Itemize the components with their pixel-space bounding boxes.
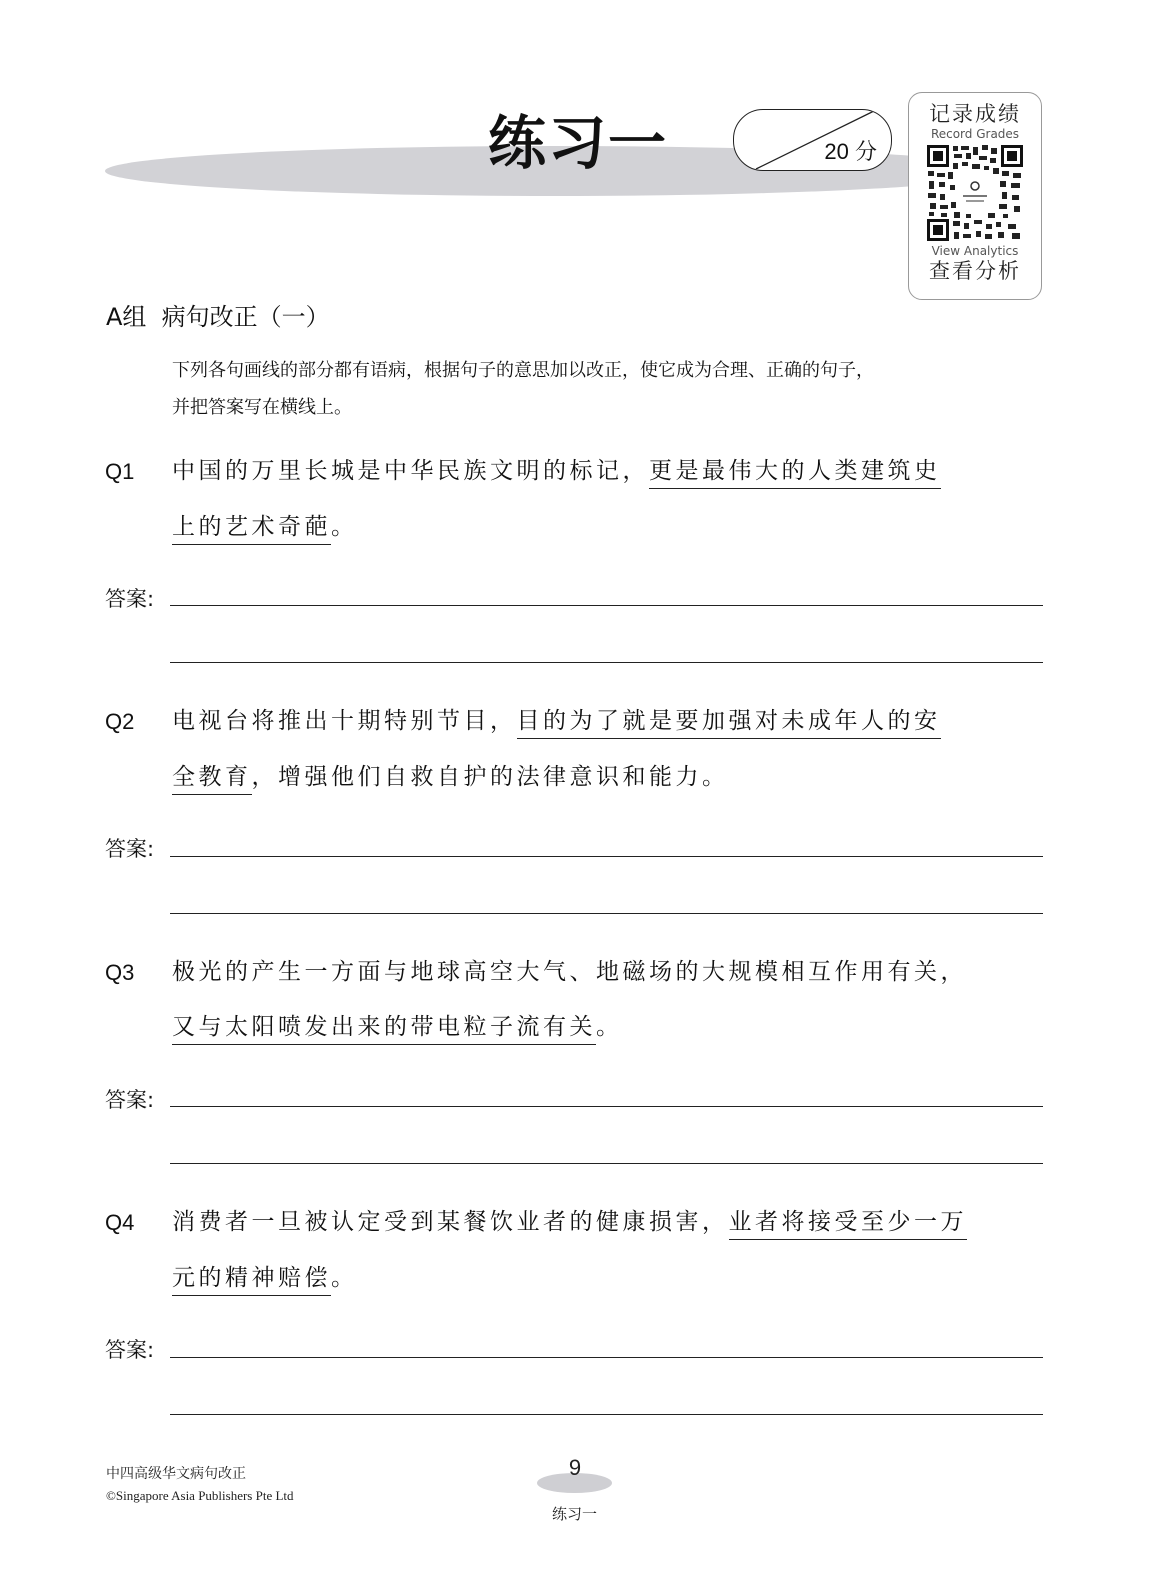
answer-line[interactable] <box>170 1414 1043 1415</box>
question-text: 。 <box>331 514 358 540</box>
question-line-2: 上的艺术奇葩。 <box>172 512 358 542</box>
instruction-line: 并把答案写在横线上。 <box>172 389 1052 426</box>
answer-label: 答案: <box>105 1084 154 1114</box>
question-line-2: 元的精神赔偿。 <box>172 1263 358 1293</box>
question-text: 电视台将推出十期特别节目， <box>172 708 517 734</box>
answer-line[interactable] <box>170 1357 1043 1358</box>
underlined-error: 元的精神赔偿 <box>172 1265 331 1296</box>
page-section-label: 练习一 <box>552 1503 597 1524</box>
instruction-line: 下列各句画线的部分都有语病，根据句子的意思加以改正，使它成为合理、正确的句子， <box>172 352 1052 389</box>
answer-label: 答案: <box>105 1334 154 1364</box>
qr-code-icon[interactable] <box>926 144 1024 242</box>
underlined-error: 业者将接受至少一万 <box>729 1209 968 1240</box>
question-text: 消费者一旦被认定受到某餐饮业者的健康损害， <box>172 1209 729 1235</box>
question-text: 中国的万里长城是中华民族文明的标记， <box>172 458 649 484</box>
question-number: Q3 <box>105 960 134 986</box>
question-line-2: 又与太阳喷发出来的带电粒子流有关。 <box>172 1012 623 1042</box>
underlined-error: 上的艺术奇葩 <box>172 514 331 545</box>
question-text: 。 <box>331 1265 358 1291</box>
underlined-error: 全教育 <box>172 764 252 795</box>
qr-record-grades-en: Record Grades <box>909 127 1041 141</box>
question-line-1: 极光的产生一方面与地球高空大气、地磁场的大规模相互作用有关， <box>172 957 967 987</box>
section-heading: A组 病句改正（一） <box>106 302 330 332</box>
page-number: 9 <box>560 1455 590 1481</box>
question-number: Q1 <box>105 459 134 485</box>
score-total: 20 分 <box>824 135 877 166</box>
question-line-1: 消费者一旦被认定受到某餐饮业者的健康损害，业者将接受至少一万 <box>172 1207 967 1237</box>
underlined-error: 又与太阳喷发出来的带电粒子流有关 <box>172 1014 596 1045</box>
answer-label: 答案: <box>105 833 154 863</box>
footer-book-title: 中四高级华文病句改正 <box>106 1463 246 1483</box>
score-box: 20 分 <box>733 109 892 171</box>
answer-line[interactable] <box>170 1163 1043 1164</box>
answer-label: 答案: <box>105 583 154 613</box>
answer-line[interactable] <box>170 1106 1043 1107</box>
question-line-2: 全教育，增强他们自救自护的法律意识和能力。 <box>172 762 729 792</box>
answer-line[interactable] <box>170 605 1043 606</box>
question-number: Q4 <box>105 1210 134 1236</box>
qr-view-analytics-en: View Analytics <box>909 244 1041 258</box>
question-line-1: 电视台将推出十期特别节目，目的为了就是要加强对未成年人的安 <box>172 706 941 736</box>
underlined-error: 更是最伟大的人类建筑史 <box>649 458 941 489</box>
question-text: 。 <box>596 1014 623 1040</box>
qr-panel[interactable]: 记录成绩 Record Grades <box>908 92 1042 300</box>
answer-line[interactable] <box>170 856 1043 857</box>
instructions: 下列各句画线的部分都有语病，根据句子的意思加以改正，使它成为合理、正确的句子， … <box>172 352 1052 426</box>
footer-copyright: ©Singapore Asia Publishers Pte Ltd <box>106 1488 294 1504</box>
question-line-1: 中国的万里长城是中华民族文明的标记，更是最伟大的人类建筑史 <box>172 456 941 486</box>
qr-record-grades-cn: 记录成绩 <box>909 101 1041 127</box>
answer-line[interactable] <box>170 662 1043 663</box>
question-text: 极光的产生一方面与地球高空大气、地磁场的大规模相互作用有关， <box>172 959 967 985</box>
answer-line[interactable] <box>170 913 1043 914</box>
question-number: Q2 <box>105 709 134 735</box>
qr-view-analytics-cn: 查看分析 <box>909 258 1041 284</box>
underlined-error: 目的为了就是要加强对未成年人的安 <box>517 708 941 739</box>
question-text: ，增强他们自救自护的法律意识和能力。 <box>252 764 729 790</box>
page-title: 练习一 <box>488 108 668 178</box>
